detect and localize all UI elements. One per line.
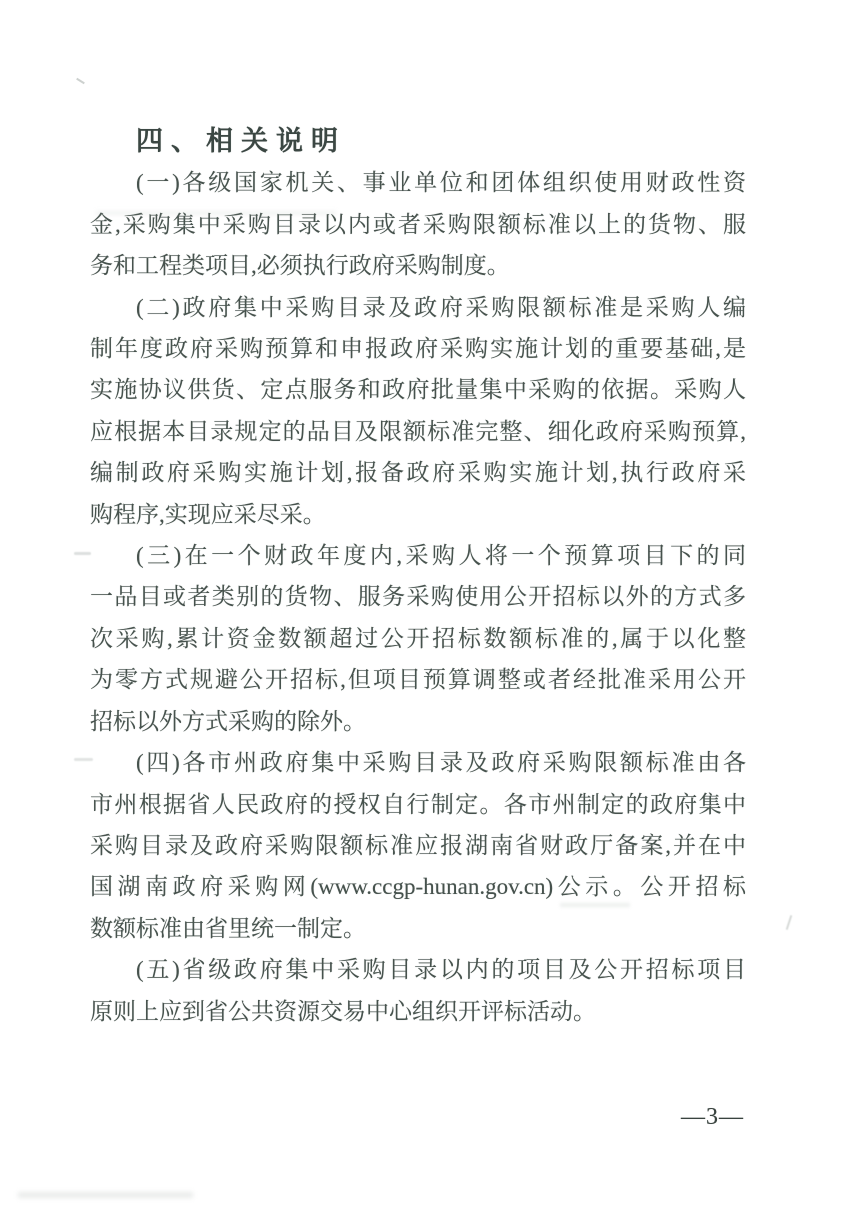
- paragraph-2-line-1: (二)政府集中采购目录及政府采购限额标准是采购人编: [90, 287, 746, 328]
- paragraph-2-line-5: 编制政府采购实施计划,报备政府采购实施计划,执行政府采: [90, 452, 746, 493]
- paragraph-2-line-3: 实施协议供货、定点服务和政府批量集中采购的依据。采购人: [90, 369, 746, 410]
- paragraph-2-line-6: 购程序,实现应采尽采。: [90, 494, 746, 535]
- document-body: 四、相关说明 (一)各级国家机关、事业单位和团体组织使用财政性资 金,采购集中采…: [90, 121, 746, 1032]
- paragraph-4-line-1: (四)各市州政府集中采购目录及政府采购限额标准由各: [90, 742, 746, 783]
- scan-artifact-slash: [786, 915, 793, 930]
- scan-artifact-streak: [18, 1192, 193, 1198]
- paragraph-4-line-5: 数额标准由省里统一制定。: [90, 908, 746, 949]
- paragraph-5-line-1: (五)省级政府集中采购目录以内的项目及公开招标项目: [90, 949, 746, 990]
- section-heading: 四、相关说明: [90, 121, 746, 162]
- paragraph-2-line-2: 制年度政府采购预算和申报政府采购实施计划的重要基础,是: [90, 328, 746, 369]
- scan-artifact-speck: [76, 78, 85, 84]
- paragraph-1-line-3: 务和工程类项目,必须执行政府采购制度。: [90, 245, 746, 286]
- paragraph-4-line-3: 采购目录及政府采购限额标准应报湖南省财政厅备案,并在中: [90, 825, 746, 866]
- paragraph-4-line-2: 市州根据省人民政府的授权自行制定。各市州制定的政府集中: [90, 784, 746, 825]
- paragraph-4-line-4-with-url: 国湖南政府采购网(www.ccgp-hunan.gov.cn)公示。公开招标: [90, 866, 746, 907]
- paragraph-2-line-4: 应根据本目录规定的品目及限额标准完整、细化政府采购预算,: [90, 411, 746, 452]
- paragraph-3-line-5: 招标以外方式采购的除外。: [90, 701, 746, 742]
- scanned-document-page: 四、相关说明 (一)各级国家机关、事业单位和团体组织使用财政性资 金,采购集中采…: [0, 0, 864, 1227]
- scan-artifact-dash: [74, 552, 91, 555]
- page-number: —3—: [681, 1104, 744, 1131]
- paragraph-3-line-1: (三)在一个财政年度内,采购人将一个预算项目下的同: [90, 535, 746, 576]
- paragraph-5-line-2: 原则上应到省公共资源交易中心组织开评标活动。: [90, 991, 746, 1032]
- paragraph-3-line-2: 一品目或者类别的货物、服务采购使用公开招标以外的方式多: [90, 576, 746, 617]
- paragraph-1-line-1: (一)各级国家机关、事业单位和团体组织使用财政性资: [90, 162, 746, 203]
- paragraph-3-line-4: 为零方式规避公开招标,但项目预算调整或者经批准采用公开: [90, 659, 746, 700]
- paragraph-1-line-2: 金,采购集中采购目录以内或者采购限额标准以上的货物、服: [90, 204, 746, 245]
- paragraph-3-line-3: 次采购,累计资金数额超过公开招标数额标准的,属于以化整: [90, 618, 746, 659]
